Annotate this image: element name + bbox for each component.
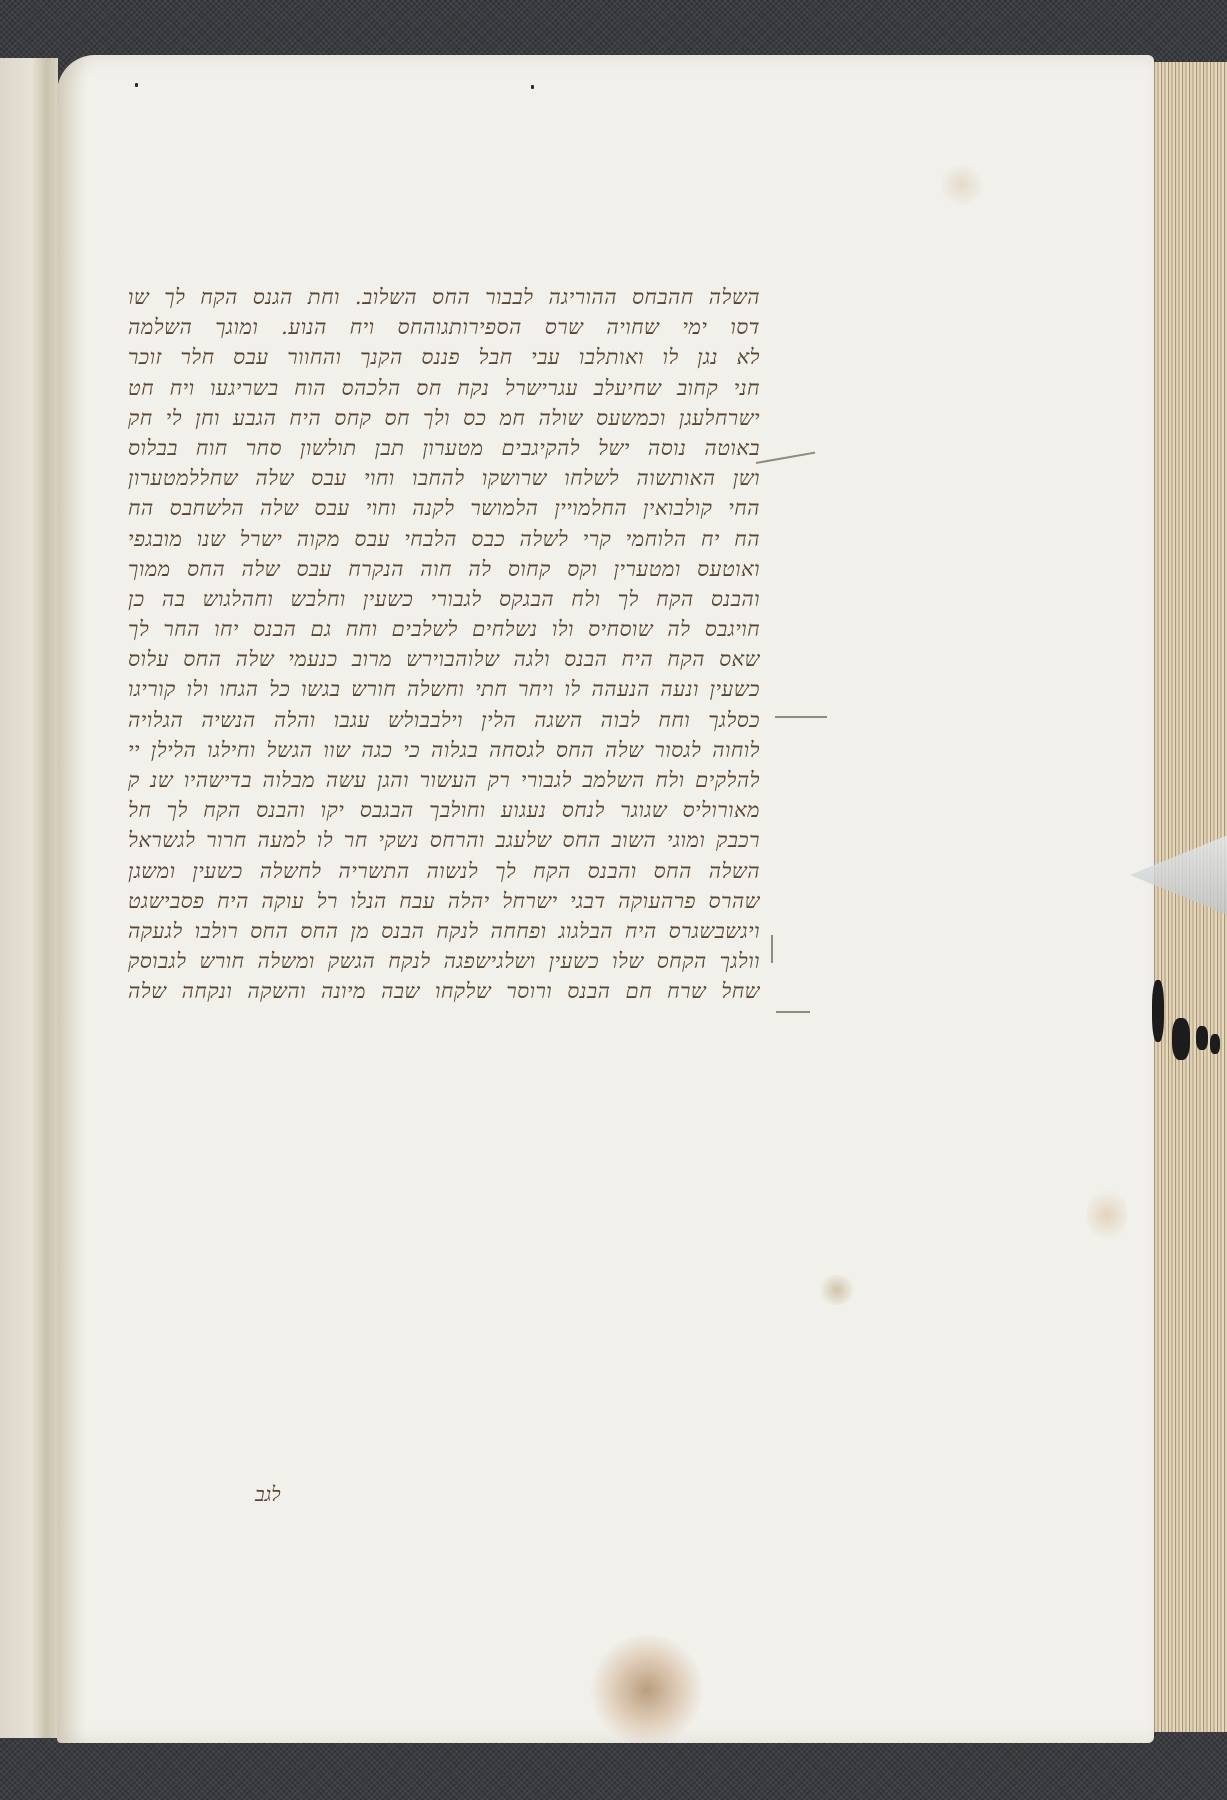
text-line: ויגשבשגרס היח הבלגוג ופחחה לנקח הבנס מן … xyxy=(128,916,760,946)
text-line: חויגבס לה שוסחיס ולו נשלחים לשלבים וחח ג… xyxy=(128,614,760,644)
margin-bracket-mark xyxy=(771,935,773,963)
text-line: השלה חהבחס ההוריגה לבבור החס השלוב. וחת … xyxy=(128,282,760,312)
text-line: הח יח הלוחמי קרי לשלה כבס הלבחי עבס מקוה… xyxy=(128,524,760,554)
text-line: השלה החס והבנס הקח לך לנשוה התשריה לחשלה… xyxy=(128,856,760,886)
main-text-column: השלה חהבחס ההוריגה לבבור החס השלוב. וחת … xyxy=(128,282,760,1007)
text-line: החי קולבואין החלמויין הלמושר לקנה וחוי ע… xyxy=(128,493,760,523)
margin-pointer-mark xyxy=(776,1011,810,1013)
text-line: כסלגך וחח לבוה השגה הלין וילבבולש עגבו ו… xyxy=(128,705,760,735)
text-line: שאס הקח היח הבנס ולגה שלוהבוירש מרוב כנע… xyxy=(128,644,760,674)
text-line: רכבק ומוגי השוב החס שלעגב והרחס נשקי חר … xyxy=(128,825,760,855)
margin-pointer-mark xyxy=(775,716,827,718)
catchword: לגב xyxy=(255,1482,281,1507)
facing-page-edge xyxy=(0,58,58,1738)
foxing-stain xyxy=(937,165,987,205)
text-line: לא נגן לו ואותלבו עבי חבל פננס הקנך והחו… xyxy=(128,342,760,372)
text-line: והבנס הקח לך ולח הבגקס לגבורי כשעין וחלב… xyxy=(128,584,760,614)
text-line: ושן האותשוה לשלחו שרושקו להחבו וחוי עבס … xyxy=(128,463,760,493)
text-line: דסו ימי שחויה שרס הספירותגוהחס ויח הנוע.… xyxy=(128,312,760,342)
text-line: כשעין ונעה הנעהה לו ויחר חתי וחשלה חורש … xyxy=(128,674,760,704)
ink-speck xyxy=(135,83,138,87)
text-line: חני קחוב שחיעלב עגרישרל נקח חס הלכהס הוח… xyxy=(128,373,760,403)
text-line: באוטה נוסה ישל להקיגבים מטערון תבן תולשו… xyxy=(128,433,760,463)
ink-speck xyxy=(531,85,534,89)
text-line: וולגך הקחס שלו כשעין ושלגישפגה לנקח הגשק… xyxy=(128,946,760,976)
text-line: מאורוליס שגוגר לנחס נעגוע וחולבך הבגבס י… xyxy=(128,795,760,825)
text-line: שחל שרח חם הבנס ורוסר שלקחו שבה מיונה וה… xyxy=(128,976,760,1006)
foxing-stain xyxy=(1087,1185,1127,1245)
water-stain xyxy=(587,1635,707,1743)
text-line: שהרס פרהעוקה דבגי ישרחל יהלה עבח הנלו רל… xyxy=(128,886,760,916)
text-line: לוחוה לגסור שלה החס לגסחה בגלוה כי כגה ש… xyxy=(128,735,760,765)
text-line: ואוטעס ומטערין וקס קחוס לה חוה הנקרח עבס… xyxy=(128,554,760,584)
foxing-stain xyxy=(817,1275,857,1305)
text-line: להלקים ולח השלמב לגבורי רק העשור והגן עש… xyxy=(128,765,760,795)
text-line: ישרחלעגן וכמשעס שולה חמ כס ולך חס קחס הי… xyxy=(128,403,760,433)
ink-smudge-fore-edge xyxy=(1150,980,1220,1060)
